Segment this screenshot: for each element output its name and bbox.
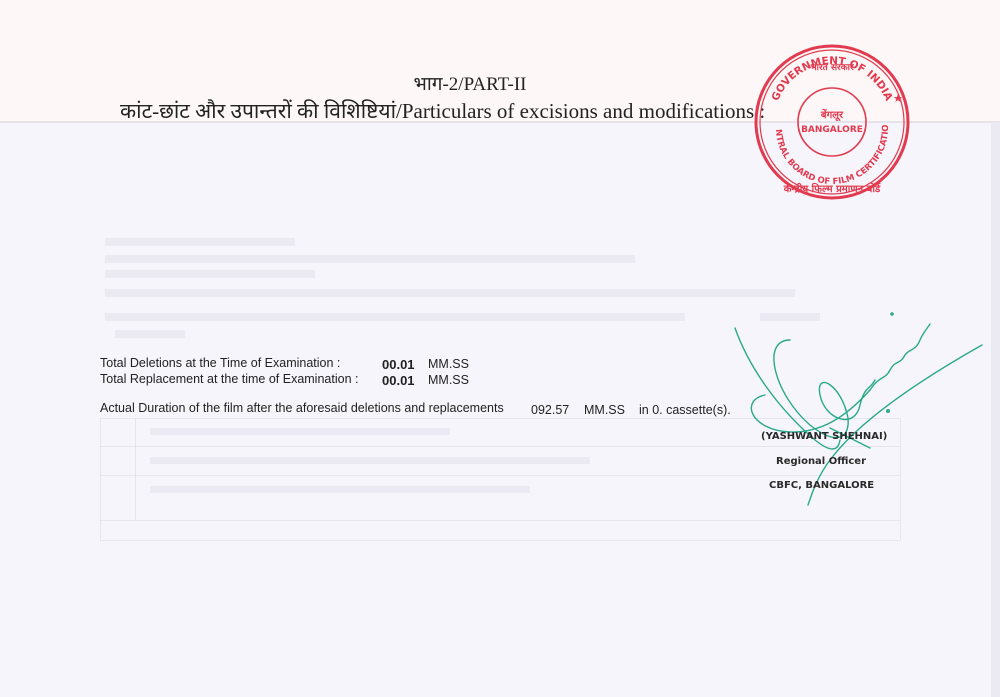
total-deletions-label: Total Deletions at the Time of Examinati… (100, 356, 340, 370)
scan-right-edge (991, 122, 1000, 697)
svg-text:केन्द्रीय फिल्म प्रमाणन बोर्ड: केन्द्रीय फिल्म प्रमाणन बोर्ड (783, 182, 882, 195)
signatory-name: (YASHWANT SHEHNAI) (761, 431, 887, 442)
signatory-office: CBFC, BANGALORE (769, 480, 874, 491)
cassette-count: in 0. cassette(s). (639, 403, 731, 417)
svg-text:भारत सरकार: भारत सरकार (810, 63, 854, 73)
total-replacement-value: 00.01 (382, 373, 415, 388)
svg-text:बेंगलूर: बेंगलूर (820, 108, 844, 122)
total-deletions-unit: MM.SS (428, 357, 469, 371)
svg-text:★: ★ (893, 92, 903, 105)
official-stamp-icon: GOVERNMENT OF INDIA CENTRAL BOARD OF FIL… (752, 42, 912, 202)
svg-text:BANGALORE: BANGALORE (801, 125, 863, 135)
actual-duration-unit: MM.SS (584, 403, 625, 417)
signatory-role: Regional Officer (776, 456, 866, 467)
total-replacement-label: Total Replacement at the time of Examina… (100, 372, 358, 386)
section-title: कांट-छांट और उपान्तरों की विशिष्टियां/Pa… (120, 97, 765, 125)
actual-duration-label: Actual Duration of the film after the af… (100, 401, 504, 415)
actual-duration-value: 092.57 (531, 403, 569, 417)
total-replacement-unit: MM.SS (428, 373, 469, 387)
total-deletions-value: 00.01 (382, 357, 415, 372)
